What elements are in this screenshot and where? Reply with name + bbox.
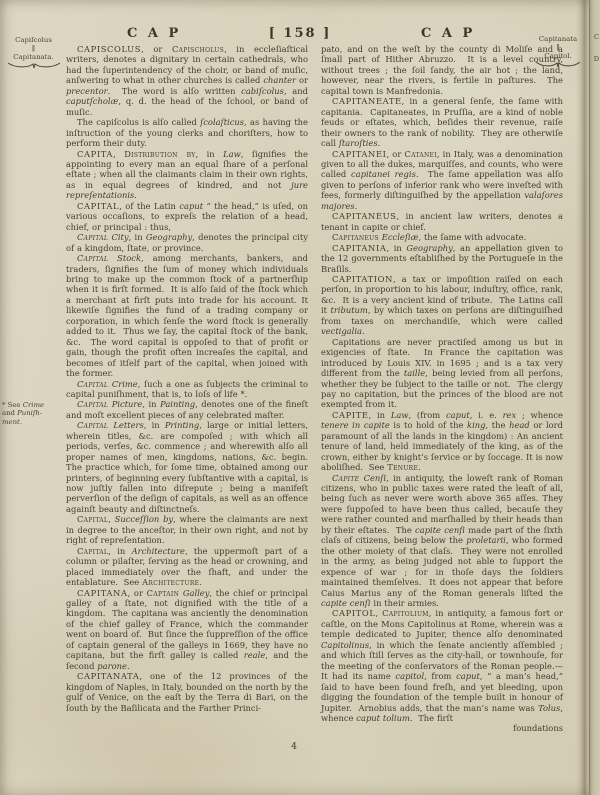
next-page-text-fragment: D xyxy=(594,55,599,63)
paragraph: Capital Stock, among merchants, bankers,… xyxy=(66,253,308,378)
paragraph: CAPITOL, Capitolium, in antiquity, a fam… xyxy=(321,608,563,723)
margin-note-capiscolus: Capiſcolus‖Capitanata. xyxy=(3,36,64,70)
paragraph: The capiſcolus is alſo called ſcolaſticu… xyxy=(66,117,308,148)
brace-ornament xyxy=(7,62,61,70)
paragraph: Capital Crime, ſuch a one as ſubjects th… xyxy=(66,379,308,400)
paragraph: CAPITANIA, in Geography, an appellation … xyxy=(321,243,563,274)
margin-note-line: Capitanata. xyxy=(3,53,64,61)
next-page-text-fragment: C xyxy=(594,33,599,41)
paragraph: Capital, in Architecture, the uppermoſt … xyxy=(66,546,308,588)
paragraph: CAPITANA, or Captain Galley, the chief o… xyxy=(66,588,308,672)
paragraph: CAPITA, Distribution by, in Law, ſignifi… xyxy=(66,149,308,201)
margin-note-line: ment. xyxy=(2,418,66,426)
paragraph: CAPITANEI, or Catanei, in Italy, was a d… xyxy=(321,149,563,212)
next-page-edge: C D xyxy=(589,0,600,795)
paragraph: Capital City, in Geography, denotes the … xyxy=(66,232,308,253)
paragraph: Capital, Succeſſion by, where the claima… xyxy=(66,514,308,545)
paragraph: pato, and on the weſt by the county di M… xyxy=(321,44,563,96)
margin-note-line: and Puniſh- xyxy=(2,409,66,417)
paragraph: CAPISCOLUS, or Capischolus, in eccleſiaſ… xyxy=(66,44,308,117)
paragraph: Capitaneus Eccleſiæ, the ſame with advoc… xyxy=(321,232,563,242)
paragraph: CAPITANATA, one of the 12 provinces of t… xyxy=(66,671,308,713)
margin-note-crime-reference: * See Crimeand Puniſh-ment. xyxy=(2,401,66,426)
paragraph: Capitations are never practiſed among us… xyxy=(321,337,563,410)
page-body: CAPISCOLUS, or Capischolus, in eccleſiaſ… xyxy=(66,44,563,734)
paragraph: CAPITANEUS, in ancient law writers, deno… xyxy=(321,211,563,232)
margin-note-line: * See Crime xyxy=(2,401,66,409)
paragraph: CAPITATION, a tax or impoſition raiſed o… xyxy=(321,274,563,337)
page-number: [ 158 ] xyxy=(269,26,332,41)
catchword: foundations xyxy=(321,723,563,733)
paragraph: CAPITE, in Law, (from caput, i. e. rex ;… xyxy=(321,410,563,473)
paragraph: CAPITAL, of the Latin caput “ the head,”… xyxy=(66,201,308,232)
running-title-left: C A P xyxy=(127,26,181,41)
left-column: CAPISCOLUS, or Capischolus, in eccleſiaſ… xyxy=(66,44,308,734)
paragraph: CAPITANEATE, in a general ſenſe, the ſam… xyxy=(321,96,563,148)
signature-mark: 4 xyxy=(291,741,297,752)
margin-note-line: Capiſcolus xyxy=(3,36,64,44)
margin-note-line: ‖ xyxy=(3,44,64,52)
running-title-right: C A P xyxy=(421,26,475,41)
paragraph: Capital Letters, in Printing, large or i… xyxy=(66,420,308,514)
paragraph: Capital Picture, in Painting, denotes on… xyxy=(66,399,308,420)
book-page: C A P [ 158 ] C A P Capiſcolus‖Capitanat… xyxy=(0,0,600,795)
paragraph: Capite Cenſi, in antiquity, the loweſt r… xyxy=(321,473,563,609)
right-column: pato, and on the weſt by the county di M… xyxy=(321,44,563,734)
